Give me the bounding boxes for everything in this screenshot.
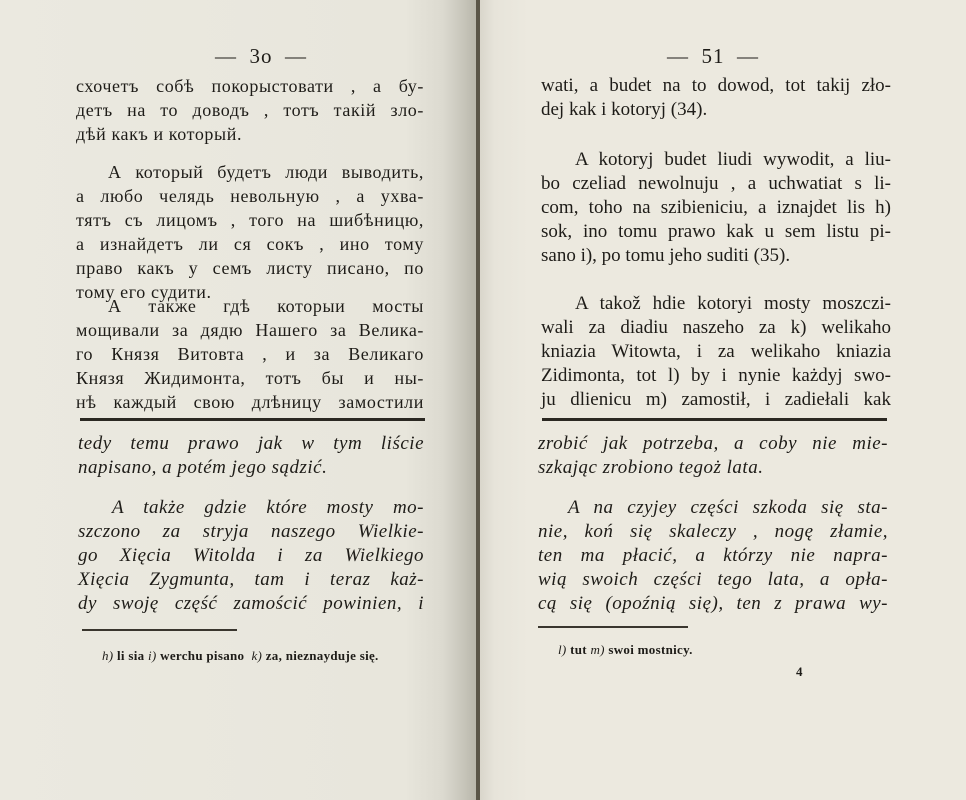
footnote-divider [538, 626, 688, 628]
text-line: szkając zrobiono tegoż lata. [538, 456, 888, 480]
footnote-marker: h) [102, 648, 113, 663]
page-number-right: — 51 — [667, 44, 759, 69]
footnote-divider [82, 629, 237, 631]
text-line: нѣ каждый свою длѣницу замостили [76, 390, 424, 414]
latin-paragraph-3: A takož hdie kotoryi mosty moszczi- wali… [541, 292, 891, 412]
text-line: А также гдѣ которыи мосты [76, 294, 424, 318]
right-page: — 51 — wati, a budet na to dowod, tot ta… [480, 0, 966, 800]
text-line: bo czeliad newolnuju , a uchwatiat s li- [541, 172, 891, 196]
text-line: nie, koń się skaleczy , nogę złamie, [538, 520, 888, 544]
signature-mark: 4 [796, 664, 803, 680]
text-line: A także gdzie które mosty mo- [78, 496, 424, 520]
text-line: sano i), po tomu jeho suditi (35). [541, 244, 891, 268]
text-line: схочетъ собѣ покорыстовати , а бу- [76, 74, 424, 98]
footnote-text: za, nieznayduje się. [266, 648, 379, 663]
footnote-text: tut [570, 642, 587, 657]
text-line: право какъ у семъ листу писано, по [76, 256, 424, 280]
footnote-text: li sia [117, 648, 144, 663]
text-line: szczono za stryja naszego Wielkie- [78, 520, 424, 544]
text-line: А который будетъ люди выводить, [76, 160, 424, 184]
text-line: A kotoryj budet liudi wywodit, a liu- [541, 148, 891, 172]
text-line: а любо челядь невольную , а ухва- [76, 184, 424, 208]
text-line: napisano, a potém jego sądzić. [78, 456, 424, 480]
text-line: com, toho na szibieniciu, a iznajdet lis… [541, 196, 891, 220]
text-line: A takož hdie kotoryi mosty moszczi- [541, 292, 891, 316]
text-line: Xięcia Zygmunta, tam i teraz każ- [78, 568, 424, 592]
footnote-marker: i) [148, 648, 157, 663]
footnote-marker: k) [251, 648, 262, 663]
text-line: а изнайдетъ ли ся сокъ , ино тому [76, 232, 424, 256]
footnotes-right: l) tut m) swoi mostnicy. [558, 642, 693, 658]
text-line: wati, a budet na to dowod, tot takij zło… [541, 74, 891, 98]
footnotes-left: h) li sia i) werchu pisano k) za, niezna… [102, 648, 379, 664]
text-line: A na czyjey części szkoda się sta- [538, 496, 888, 520]
text-line: детъ на то доводъ , тотъ такій зло- [76, 98, 424, 122]
section-divider [80, 418, 425, 421]
text-line: Zidimonta, tot l) by i nynie każdyj swo- [541, 364, 891, 388]
text-line: zrobić jak potrzeba, a coby nie mie- [538, 432, 888, 456]
text-line: kniazia Witowta, i za welikaho kniazia [541, 340, 891, 364]
polish-paragraph-2: A na czyjey części szkoda się sta- nie, … [538, 496, 888, 616]
latin-paragraph-1: wati, a budet na to dowod, tot takij zło… [541, 74, 891, 122]
footnote-marker: m) [590, 642, 604, 657]
text-line: tedy temu prawo jak w tym liście [78, 432, 424, 456]
text-line: тятъ съ лицомъ , того на шибѣницю, [76, 208, 424, 232]
text-line: go Xięcia Witolda i za Wielkiego [78, 544, 424, 568]
footnote-text: werchu pisano [160, 648, 244, 663]
page-number-left: — 3o — [215, 44, 307, 69]
text-line: cą się (opoźnią się), ten z prawa wy- [538, 592, 888, 616]
footnote-text: swoi mostnicy. [608, 642, 692, 657]
footnote-marker: l) [558, 642, 567, 657]
text-line: го Князя Витовта , и за Великаго [76, 342, 424, 366]
text-line: ten ma płacić, a którzy nie napra- [538, 544, 888, 568]
text-line: ju dlienicu m) zamostił, i zadiełali kak [541, 388, 891, 412]
section-divider [542, 418, 887, 421]
cyrillic-paragraph-2: А который будетъ люди выводить, а любо ч… [76, 160, 424, 304]
book-spread: — 3o — схочетъ собѣ покорыстовати , а бу… [0, 0, 966, 800]
text-line: dy swoję część zamościć powinien, i [78, 592, 424, 616]
text-line: dej kak i kotoryj (34). [541, 98, 891, 122]
cyrillic-paragraph-3: А также гдѣ которыи мосты мощивали за дя… [76, 294, 424, 414]
polish-paragraph-1: tedy temu prawo jak w tym liście napisan… [78, 432, 424, 480]
text-line: wią swoich części tego lata, a opła- [538, 568, 888, 592]
polish-paragraph-2: A także gdzie które mosty mo- szczono za… [78, 496, 424, 616]
text-line: wali za diadiu naszeho za k) welikaho [541, 316, 891, 340]
text-line: Князя Жидимонта, тотъ бы и ны- [76, 366, 424, 390]
left-page: — 3o — схочетъ собѣ покорыстовати , а бу… [0, 0, 476, 800]
latin-paragraph-2: A kotoryj budet liudi wywodit, a liu- bo… [541, 148, 891, 268]
polish-paragraph-1: zrobić jak potrzeba, a coby nie mie- szk… [538, 432, 888, 480]
text-line: sok, ino tomu prawo kak u sem listu pi- [541, 220, 891, 244]
text-line: мощивали за дядю Нашего за Велика- [76, 318, 424, 342]
cyrillic-paragraph-1: схочетъ собѣ покорыстовати , а бу- детъ … [76, 74, 424, 146]
text-line: дѣй какъ и который. [76, 122, 424, 146]
